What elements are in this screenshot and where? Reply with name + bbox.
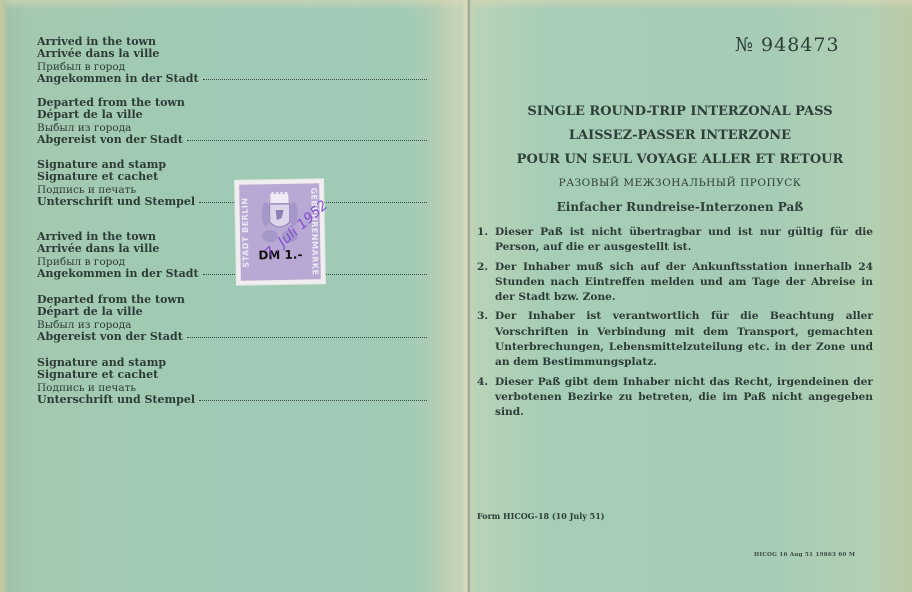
entry-line-de: Unterschrift und Stempel [37, 196, 427, 208]
entry-label: Unterschrift und Stempel [37, 196, 195, 208]
entry-label: Unterschrift und Stempel [37, 394, 195, 406]
rule-text: Dieser Paß gibt dem Inhaber nicht das Re… [495, 375, 873, 421]
entry-line-de: Abgereist von der Stadt [37, 331, 427, 343]
form-identifier: Form HICOG-18 (10 July 51) [477, 511, 605, 521]
fill-in-line[interactable] [199, 400, 427, 401]
departure-entry: Departed from the town Départ de la vill… [37, 97, 427, 146]
rule-text: Der Inhaber muß sich auf der Ankunftssta… [495, 260, 873, 306]
departure-entry: Departed from the town Départ de la vill… [37, 294, 427, 343]
entry-line-de: Angekommen in der Stadt [37, 73, 427, 85]
passport-spread: Arrived in the town Arrivée dans la vill… [0, 0, 912, 592]
serial-number: № 948473 [735, 34, 840, 56]
rule-item: 3. Der Inhaber ist verantwortlich für di… [477, 309, 873, 370]
entry-line-fr: Signature et cachet [37, 171, 427, 183]
printer-mark: HICOG 16 Aug 51 19863 60 M [754, 552, 855, 558]
pass-titles: SINGLE ROUND-TRIP INTERZONAL PASS LAISSE… [490, 100, 870, 219]
entry-line-de: Angekommen in der Stadt [37, 268, 427, 280]
fill-in-line[interactable] [187, 140, 427, 141]
rule-number: 2. [477, 260, 495, 306]
entry-label: Angekommen in der Stadt [37, 73, 199, 85]
title-english: SINGLE ROUND-TRIP INTERZONAL PASS [490, 100, 870, 124]
entry-line-fr: Départ de la ville [37, 109, 427, 121]
entry-label: Angekommen in der Stadt [37, 268, 199, 280]
rule-item: 1. Dieser Paß ist nicht übertragbar und … [477, 225, 873, 256]
pass-rules: 1. Dieser Paß ist nicht übertragbar und … [477, 225, 873, 425]
signature-entry: Signature and stamp Signature et cachet … [37, 159, 427, 208]
entry-line-fr: Départ de la ville [37, 306, 427, 318]
title-french-1: LAISSEZ-PASSER INTERZONE [490, 124, 870, 148]
entry-line-de: Abgereist von der Stadt [37, 134, 427, 146]
rule-number: 4. [477, 375, 495, 421]
fill-in-line[interactable] [203, 79, 427, 80]
rule-text: Der Inhaber ist verantwortlich für die B… [495, 309, 873, 370]
signature-entry: Signature and stamp Signature et cachet … [37, 357, 427, 406]
arrival-entry: Arrived in the town Arrivée dans la vill… [37, 231, 427, 280]
entry-line-fr: Arrivée dans la ville [37, 48, 427, 60]
rule-item: 4. Dieser Paß gibt dem Inhaber nicht das… [477, 375, 873, 421]
rule-number: 1. [477, 225, 495, 256]
entry-line-de: Unterschrift und Stempel [37, 394, 427, 406]
entry-line-fr: Arrivée dans la ville [37, 243, 427, 255]
rule-text: Dieser Paß ist nicht übertragbar und ist… [495, 225, 873, 256]
arrival-entry: Arrived in the town Arrivée dans la vill… [37, 36, 427, 85]
fill-in-line[interactable] [187, 337, 427, 338]
title-russian: РАЗОВЫЙ МЕЖЗОНАЛЬНЫЙ ПРОПУСК [490, 172, 870, 195]
entry-label: Abgereist von der Stadt [37, 134, 183, 146]
title-german: Einfacher Rundreise-Interzonen Paß [490, 195, 870, 219]
title-french-2: POUR UN SEUL VOYAGE ALLER ET RETOUR [490, 148, 870, 172]
entry-line-fr: Signature et cachet [37, 369, 427, 381]
stamp-left-text: STADT BERLIN [240, 188, 254, 276]
rule-number: 3. [477, 309, 495, 370]
entry-label: Abgereist von der Stadt [37, 331, 183, 343]
rule-item: 2. Der Inhaber muß sich auf der Ankunfts… [477, 260, 873, 306]
